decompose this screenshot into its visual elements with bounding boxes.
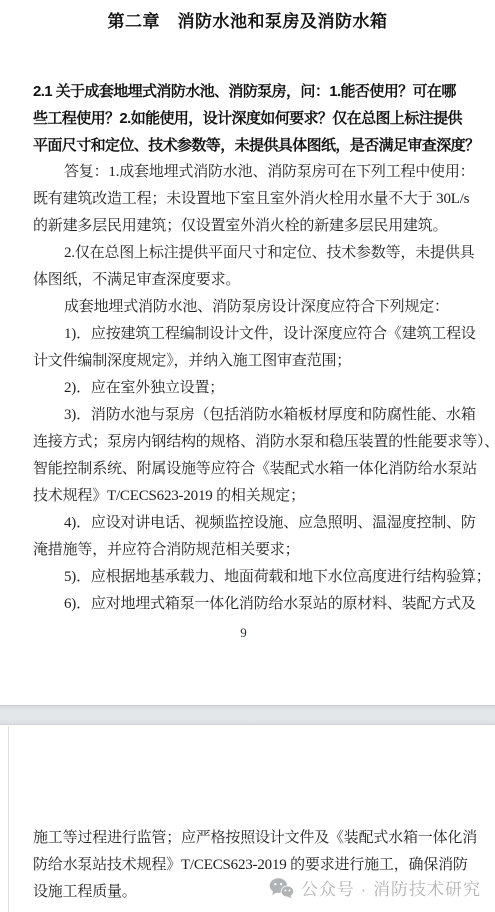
text-line: 5)．应根据地基承载力、地面荷载和地下水位高度进行结构验算； <box>33 564 464 591</box>
text-line: 成套地埋式消防水池、消防泵房设计深度应符合下列规定： <box>33 294 464 321</box>
text-line: 2.仅在总图上标注提供平面尺寸和定位、技术参数等，未提供具 <box>33 240 464 267</box>
wechat-icon <box>269 877 294 899</box>
chapter-title: 第二章 消防水池和泵房及消防水箱 <box>0 9 495 35</box>
text-line: 既有建筑改造工程；未设置地下室且室外消火栓用水量不大于 30L/s <box>33 186 464 213</box>
text-line: 答复：1.成套地埋式消防水池、消防泵房可在下列工程中使用： <box>33 159 464 186</box>
watermark: 公众号 · 消防技术研究 <box>269 875 481 900</box>
page-9-body: 2.1 关于成套地埋式消防水池、消防泵房，问：1.能否使用？可在哪些工程使用？2… <box>33 78 464 618</box>
page-number: 9 <box>0 624 487 642</box>
text-line: 3)．消防水池与泵房（包括消防水箱板材厚度和防腐性能、水箱 <box>33 402 464 429</box>
text-line: 智能控制系统、附属设施等应符合《装配式水箱一体化消防给水泵站 <box>33 456 464 483</box>
text-line: 2)．应在室外独立设置； <box>33 375 464 402</box>
page-9: 第二章 消防水池和泵房及消防水箱 2.1 关于成套地埋式消防水池、消防泵房，问：… <box>0 0 495 705</box>
text-line: 6)．应对地埋式箱泵一体化消防给水泵站的原材料、装配方式及 <box>33 591 464 618</box>
text-line: 4)．应设对讲电话、视频监控设施、应急照明、温湿度控制、防 <box>33 510 464 537</box>
text-line: 1)．应按建筑工程编制设计文件，设计深度应符合《建筑工程设 <box>33 321 464 348</box>
text-line: 技术规程》T/CECS623-2019 的相关规定； <box>33 483 464 510</box>
page-10: 施工等过程进行监管；应严格按照设计文件及《装配式水箱一体化消防给水泵站技术规程》… <box>0 726 495 912</box>
text-line: 连接方式；泵房内钢结构的规格、消防水泵和稳压装置的性能要求等）、 <box>33 429 464 456</box>
page-gap-divider <box>0 705 495 725</box>
document-viewer[interactable]: 第二章 消防水池和泵房及消防水箱 2.1 关于成套地埋式消防水池、消防泵房，问：… <box>0 0 495 912</box>
text-line: 些工程使用？2.如能使用，设计深度如何要求？仅在总图上标注提供 <box>33 105 464 132</box>
text-line: 施工等过程进行监管；应严格按照设计文件及《装配式水箱一体化消 <box>33 825 464 852</box>
text-line: 计文件编制深度规定》，并纳入施工图审查范围； <box>33 348 464 375</box>
text-line: 平面尺寸和定位、技术参数等，未提供具体图纸，是否满足审查深度？ <box>33 132 464 159</box>
text-line: 2.1 关于成套地埋式消防水池、消防泵房，问：1.能否使用？可在哪 <box>33 78 464 105</box>
text-line: 的新建多层民用建筑；仅设置室外消火栓的新建多层民用建筑。 <box>33 213 464 240</box>
text-line: 淹措施等，并应符合消防规范相关要求； <box>33 537 464 564</box>
text-line: 体图纸，不满足审查深度要求。 <box>33 267 464 294</box>
watermark-text: 公众号 · 消防技术研究 <box>301 875 481 900</box>
